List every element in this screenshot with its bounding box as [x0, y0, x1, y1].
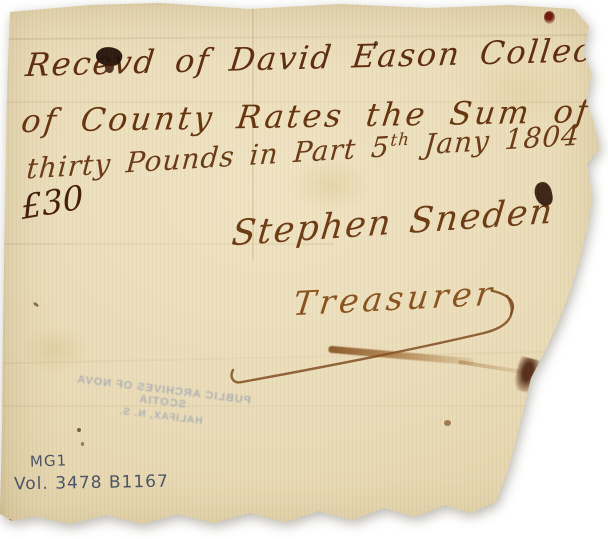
- scan-background: PUBLIC ARCHIVES OF NOVA SCOTIA HALIFAX, …: [0, 0, 608, 539]
- fold-crease: [0, 350, 608, 364]
- red-stain: [544, 11, 555, 24]
- ink-speck: [33, 302, 40, 308]
- edge-stain: [512, 356, 542, 394]
- ink-speck: [77, 428, 81, 432]
- foxing-spot: [444, 420, 451, 426]
- archival-note-collection: MG1: [30, 451, 68, 470]
- rust-streak: [458, 360, 536, 376]
- receipt-paper: PUBLIC ARCHIVES OF NOVA SCOTIA HALIFAX, …: [0, 0, 608, 539]
- receipt-paper-shadow: PUBLIC ARCHIVES OF NOVA SCOTIA HALIFAX, …: [0, 0, 608, 539]
- receipt-date-ordinal: th: [390, 129, 411, 150]
- ink-speck: [81, 442, 84, 446]
- archival-note-volume: Vol. 3478 B1167: [14, 472, 169, 495]
- red-speck: [7, 519, 12, 524]
- signature-title: Treasurer: [291, 273, 498, 323]
- signature: Stephen Sneden: [230, 191, 556, 254]
- rust-streak: [328, 346, 474, 366]
- receipt-text-line1: Recevd of David Eason Collector: [24, 30, 608, 84]
- archives-stamp-bleedthrough: PUBLIC ARCHIVES OF NOVA SCOTIA HALIFAX, …: [56, 371, 267, 434]
